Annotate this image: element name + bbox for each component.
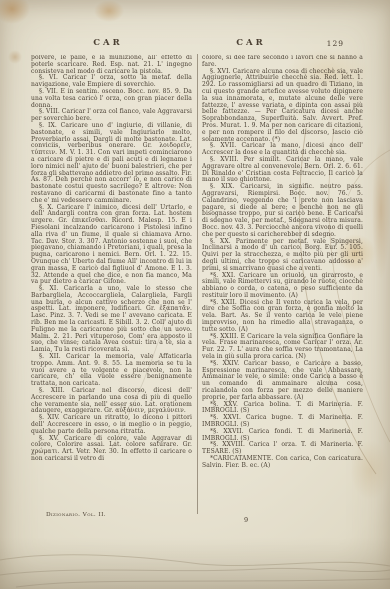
dictionary-paragraph: §. XIII. Caricar nel discorso, dicesi de… <box>31 388 192 415</box>
dictionary-paragraph: §. XIX. Caricarsi, in signific. neutro p… <box>202 184 363 238</box>
dictionary-paragraph: §. VIII. Caricar l' orza col fianco, val… <box>31 109 192 123</box>
dictionary-paragraph: §. XII. Caricar la memoria, vale Affatic… <box>31 354 192 388</box>
dictionary-paragraph: colore, si dee fare secondo i lavori che… <box>202 55 363 69</box>
dictionary-paragraph: §. IX. Caricare uno d' ingiurie, di vill… <box>31 123 192 205</box>
foxing-stain <box>8 50 22 64</box>
dictionary-paragraph: *§. XXIV. Caricar basso, e Caricare a ba… <box>202 361 363 402</box>
signature-mark: 9 <box>244 516 248 524</box>
foxing-stain <box>94 0 124 22</box>
dictionary-paragraph: *§. XXV. Carica bolina. T. di Marineria.… <box>202 402 363 416</box>
column-divider-rule <box>197 54 198 514</box>
running-title-left: CAR <box>78 38 138 48</box>
dictionary-paragraph: §. XIV. Caricare un ritratto, lo dicono … <box>31 415 192 435</box>
dictionary-paragraph: §. XI. Caricarla a uno, vale lo stesso c… <box>31 286 192 354</box>
dictionary-paragraph: §. XVI. Caricare alcuna cosa di checchè … <box>202 69 363 144</box>
text-column-left: polvere, le palle, e la munizione, all' … <box>31 55 192 511</box>
volume-footer-label: Dizionario. Vol. II. <box>46 512 106 518</box>
dictionary-paragraph: §. XVII. Caricar la mano, dicesi anco de… <box>202 143 363 157</box>
dictionary-paragraph: *§. XXVIII. Carica l' orza. T. di Marine… <box>202 442 363 456</box>
dictionary-paragraph: §. XX. Parimente per metaf. vale Spinger… <box>202 239 363 273</box>
dictionary-paragraph: *§. XXVI. Carica bugne. T. di Marineria.… <box>202 415 363 429</box>
dictionary-paragraph: §. VII. E in sentim. osceno. Bocc. nov. … <box>31 89 192 109</box>
dictionary-paragraph: *§. XXIII. E Caricare la vela significa … <box>202 334 363 361</box>
page-number: 129 <box>314 39 344 48</box>
dictionary-paragraph: *§. XXI. Caricare un oriuolo, un girarro… <box>202 273 363 300</box>
dictionary-paragraph: *CARICATAMENTE. Con carica, Con caricatu… <box>202 456 363 470</box>
dictionary-paragraph: polvere, le palle, e la munizione, all' … <box>31 55 192 75</box>
text-column-right: colore, si dee fare secondo i lavori che… <box>202 55 363 511</box>
dictionary-paragraph: *§. XXVII. Carica fondi. T. di Marineria… <box>202 429 363 443</box>
running-title-right: CAR <box>221 38 281 48</box>
dictionary-paragraph: *§. XXII. Dicesi che Il vento carica la … <box>202 300 363 334</box>
foxing-stain <box>0 0 30 24</box>
page-edge-stain <box>372 140 390 280</box>
dictionary-paragraph: §. XV. Caricare di colore, vale Aggravar… <box>31 436 192 463</box>
dictionary-paragraph: §. XVIII. Per similit. Caricar la mano, … <box>202 157 363 184</box>
dictionary-paragraph: §. VI. Caricar l' orza, sotto la metaf. … <box>31 75 192 89</box>
scanned-dictionary-page: CAR CAR 129 polvere, le palle, e la muni… <box>0 0 390 589</box>
bottom-wrinkle-shading <box>0 537 390 589</box>
dictionary-paragraph: §. X. Caricare l' inimico, dicesi dell' … <box>31 205 192 287</box>
